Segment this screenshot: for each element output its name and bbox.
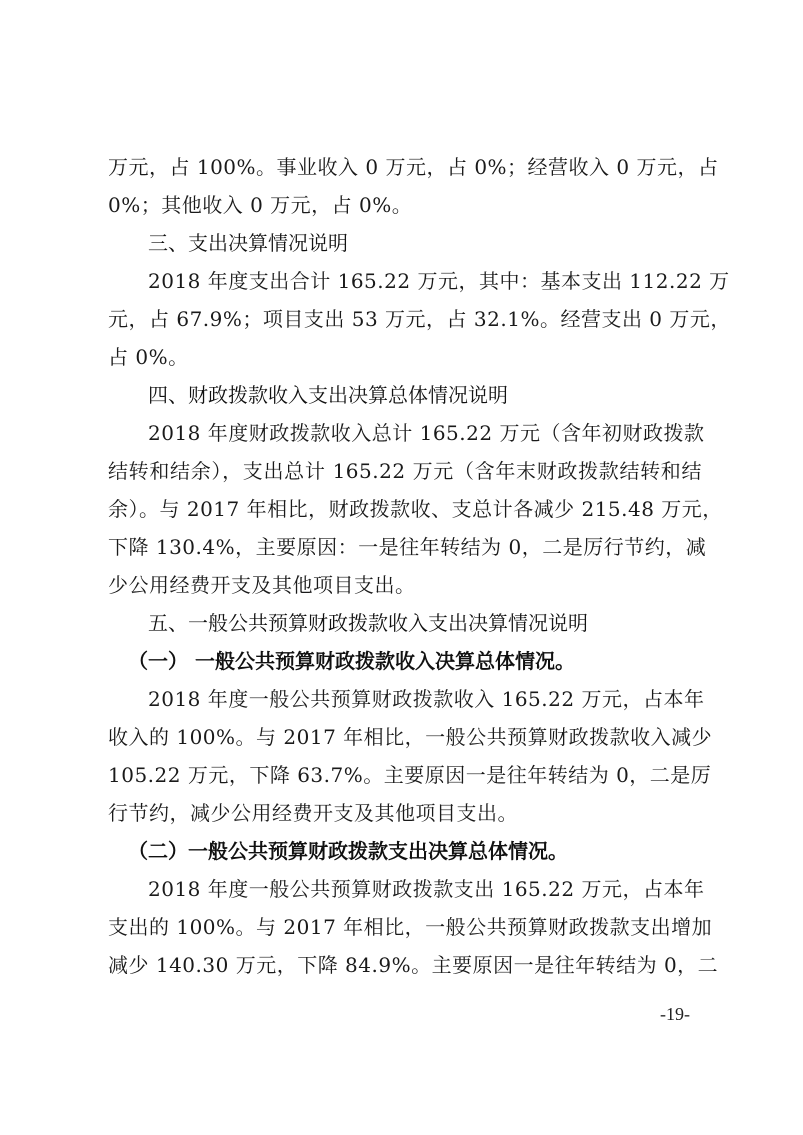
subsection-heading-1: （一） 一般公共预算财政拨款收入决算总体情况。 [128, 649, 575, 673]
body-line: 2018 年度支出合计 165.22 万元，其中：基本支出 112.22 万 [148, 269, 702, 293]
body-line: 2018 年度财政拨款收入总计 165.22 万元（含年初财政拨款 [148, 421, 702, 445]
body-line: 减少 140.30 万元，下降 84.9%。主要原因一是往年转结为 0，二 [108, 953, 702, 977]
body-line: 2018 年度一般公共预算财政拨款收入 165.22 万元，占本年 [148, 687, 702, 711]
body-line: 余）。与 2017 年相比，财政拨款收、支总计各减少 215.48 万元， [108, 497, 702, 521]
section-heading-3: 三、支出决算情况说明 [148, 231, 348, 255]
body-line: 0%；其他收入 0 万元，占 0%。 [108, 193, 702, 217]
body-line: 行节约，减少公用经费开支及其他项目支出。 [108, 801, 702, 825]
body-line: 少公用经费开支及其他项目支出。 [108, 573, 702, 597]
body-line: 万元，占 100%。事业收入 0 万元，占 0%；经营收入 0 万元，占 [108, 155, 702, 179]
body-line: 元，占 67.9%；项目支出 53 万元，占 32.1%。经营支出 0 万元， [108, 307, 702, 331]
subsection-heading-2: （二）一般公共预算财政拨款支出决算总体情况。 [128, 839, 568, 863]
body-line: 下降 130.4%，主要原因：一是往年转结为 0，二是厉行节约，减 [108, 535, 702, 559]
page-number: -19- [660, 1004, 690, 1025]
body-line: 105.22 万元，下降 63.7%。主要原因一是往年转结为 0，二是厉 [108, 763, 702, 787]
section-heading-4: 四、财政拨款收入支出决算总体情况说明 [148, 383, 508, 407]
body-line: 2018 年度一般公共预算财政拨款支出 165.22 万元，占本年 [148, 877, 702, 901]
body-line: 收入的 100%。与 2017 年相比，一般公共预算财政拨款收入减少 [108, 725, 702, 749]
body-line: 占 0%。 [108, 345, 702, 369]
body-line: 支出的 100%。与 2017 年相比，一般公共预算财政拨款支出增加 [108, 915, 702, 939]
document-page: 万元，占 100%。事业收入 0 万元，占 0%；经营收入 0 万元，占 0%；… [0, 0, 803, 1135]
section-heading-5: 五、一般公共预算财政拨款收入支出决算情况说明 [148, 611, 588, 635]
body-line: 结转和结余），支出总计 165.22 万元（含年末财政拨款结转和结 [108, 459, 702, 483]
